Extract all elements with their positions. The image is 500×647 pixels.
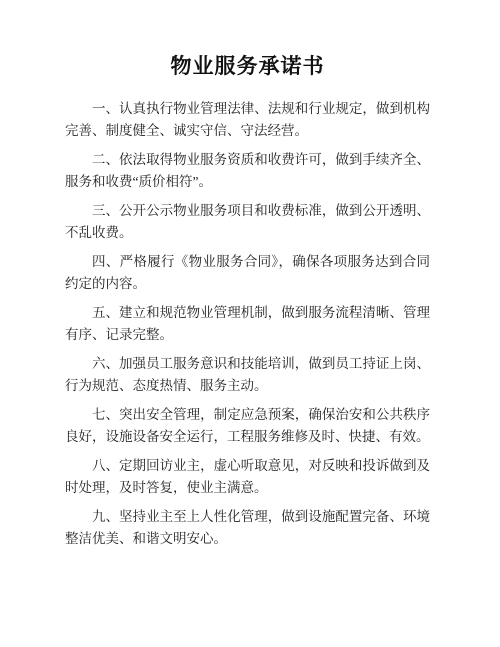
commitment-paragraph-1: 一、认真执行物业管理法律、法规和行业规定，做到机构完善、制度健全、诚实守信、守法… xyxy=(65,98,430,142)
commitment-paragraph-9: 九、坚持业主至上人性化管理，做到设施配置完备、环境整洁优美、和谐文明安心。 xyxy=(65,506,430,550)
commitment-paragraph-3: 三、公开公示物业服务项目和收费标准，做到公开透明、不乱收费。 xyxy=(65,200,430,244)
commitment-paragraph-2: 二、依法取得物业服务资质和收费许可，做到手续齐全、服务和收费“质价相符”。 xyxy=(65,149,430,193)
commitment-paragraph-6: 六、加强员工服务意识和技能培训，做到员工持证上岗、行为规范、态度热情、服务主动。 xyxy=(65,353,430,397)
commitment-paragraph-4: 四、严格履行《物业服务合同》，确保各项服务达到合同约定的内容。 xyxy=(65,251,430,295)
document-title: 物业服务承诺书 xyxy=(65,52,430,80)
commitment-paragraph-7: 七、突出安全管理，制定应急预案，确保治安和公共秩序良好，设施设备安全运行，工程服… xyxy=(65,404,430,448)
commitment-paragraph-5: 五、建立和规范物业管理机制，做到服务流程清晰、管理有序、记录完整。 xyxy=(65,302,430,346)
document-page: 物业服务承诺书 一、认真执行物业管理法律、法规和行业规定，做到机构完善、制度健全… xyxy=(0,0,500,647)
commitment-paragraph-8: 八、定期回访业主，虚心听取意见，对反映和投诉做到及时处理，及时答复，使业主满意。 xyxy=(65,455,430,499)
